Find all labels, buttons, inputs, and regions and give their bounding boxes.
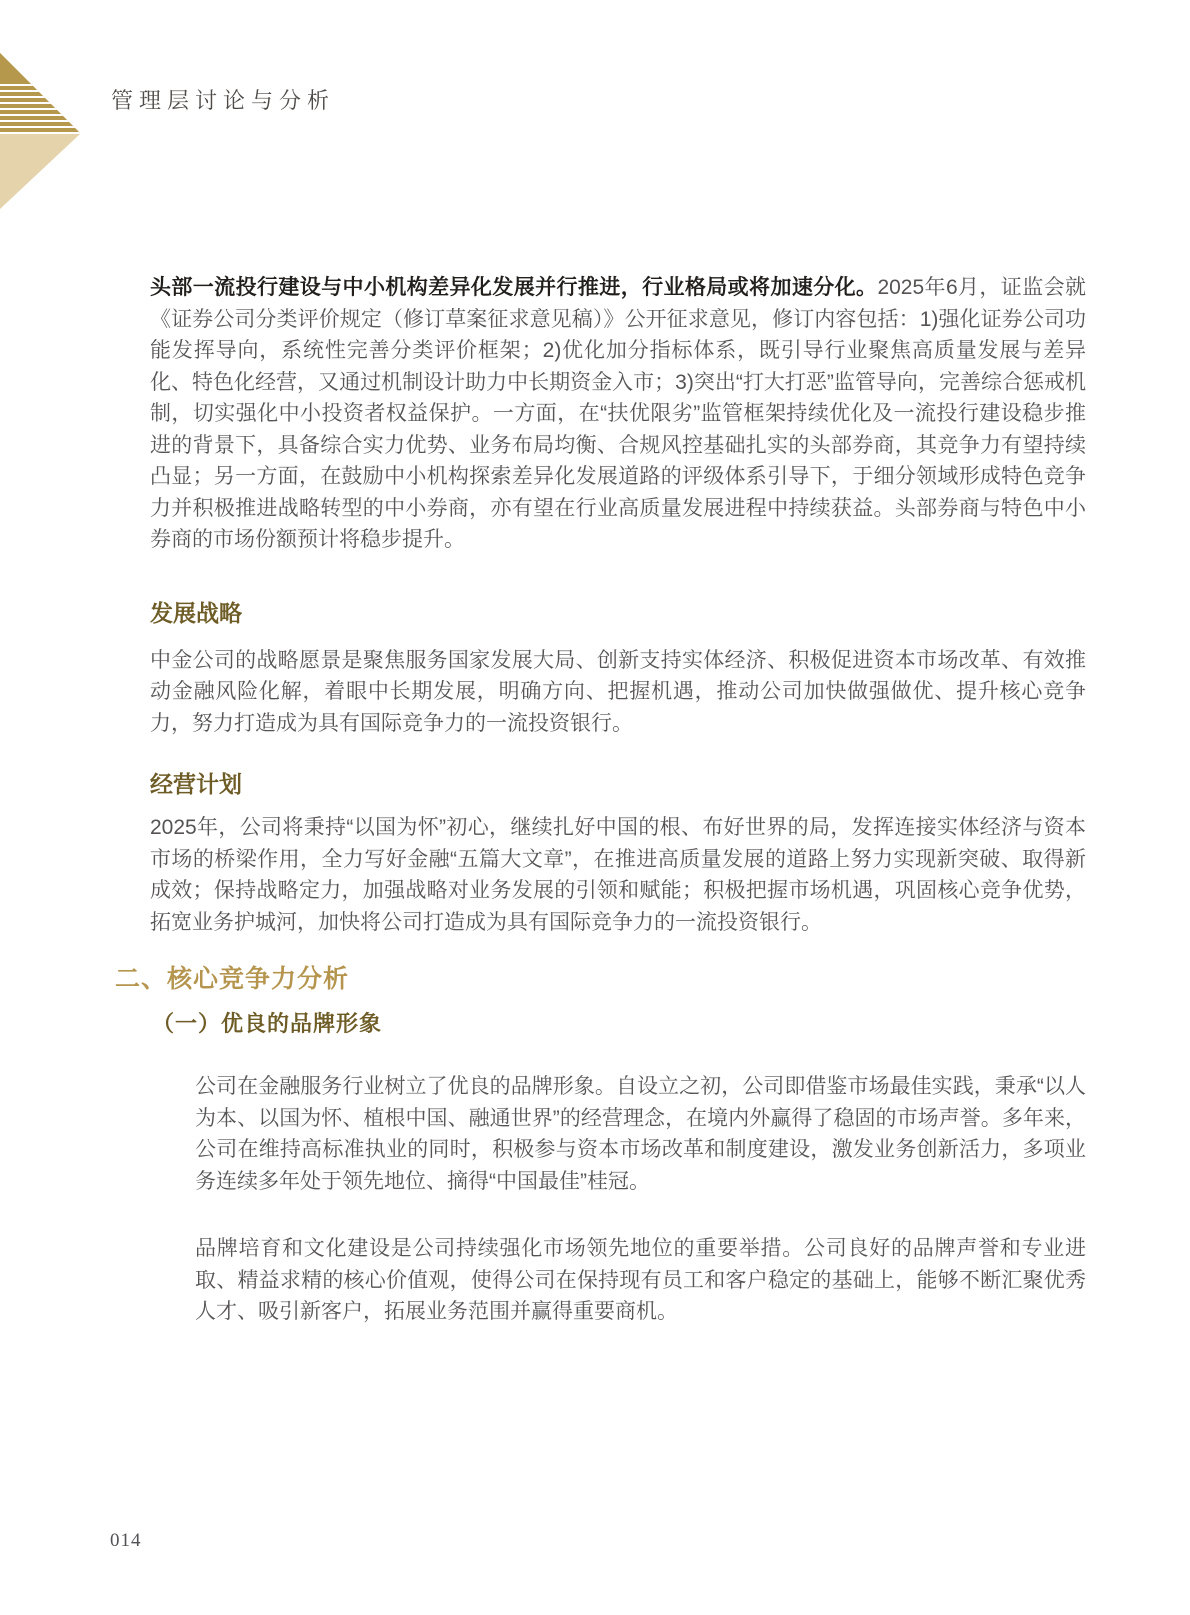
corner-triangle-dark-striped [0,53,80,133]
report-page: 管理层讨论与分析 头部一流投行建设与中小机构差异化发展并行推进，行业格局或将加速… [0,0,1190,1615]
intro-body-text: 2025年6月，证监会就《证券公司分类评价规定（修订草案征求意见稿）》公开征求意… [150,276,1086,551]
intro-paragraph: 头部一流投行建设与中小机构差异化发展并行推进，行业格局或将加速分化。2025年6… [150,272,1086,556]
subheading-brand-image: （一）优良的品牌形象 [152,1009,1086,1038]
running-header-title: 管理层讨论与分析 [111,84,335,115]
corner-triangle-light [0,134,80,209]
heading-operating-plan: 经营计划 [150,769,1086,799]
heading-development-strategy: 发展战略 [150,598,1086,628]
intro-lead-bold-sentence: 头部一流投行建设与中小机构差异化发展并行推进，行业格局或将加速分化。 [150,276,877,299]
content-column: 头部一流投行建设与中小机构差异化发展并行推进，行业格局或将加速分化。2025年6… [150,272,1086,1328]
brand-image-paragraph-1: 公司在金融服务行业树立了优良的品牌形象。自设立之初，公司即借鉴市场最佳实践，秉承… [195,1071,1086,1197]
brand-image-paragraph-2: 品牌培育和文化建设是公司持续强化市场领先地位的重要举措。公司良好的品牌声誉和专业… [195,1233,1086,1328]
section-heading-core-competitiveness: 二、核心竞争力分析 [115,964,1086,994]
brand-image-block: 公司在金融服务行业树立了优良的品牌形象。自设立之初，公司即借鉴市场最佳实践，秉承… [195,1071,1086,1328]
corner-decoration [0,0,90,220]
development-strategy-paragraph: 中金公司的战略愿景是聚焦服务国家发展大局、创新支持实体经济、积极促进资本市场改革… [150,645,1086,740]
operating-plan-paragraph: 2025年，公司将秉持“以国为怀”初心，继续扎好中国的根、布好世界的局，发挥连接… [150,812,1086,938]
page-number: 014 [110,1530,142,1552]
